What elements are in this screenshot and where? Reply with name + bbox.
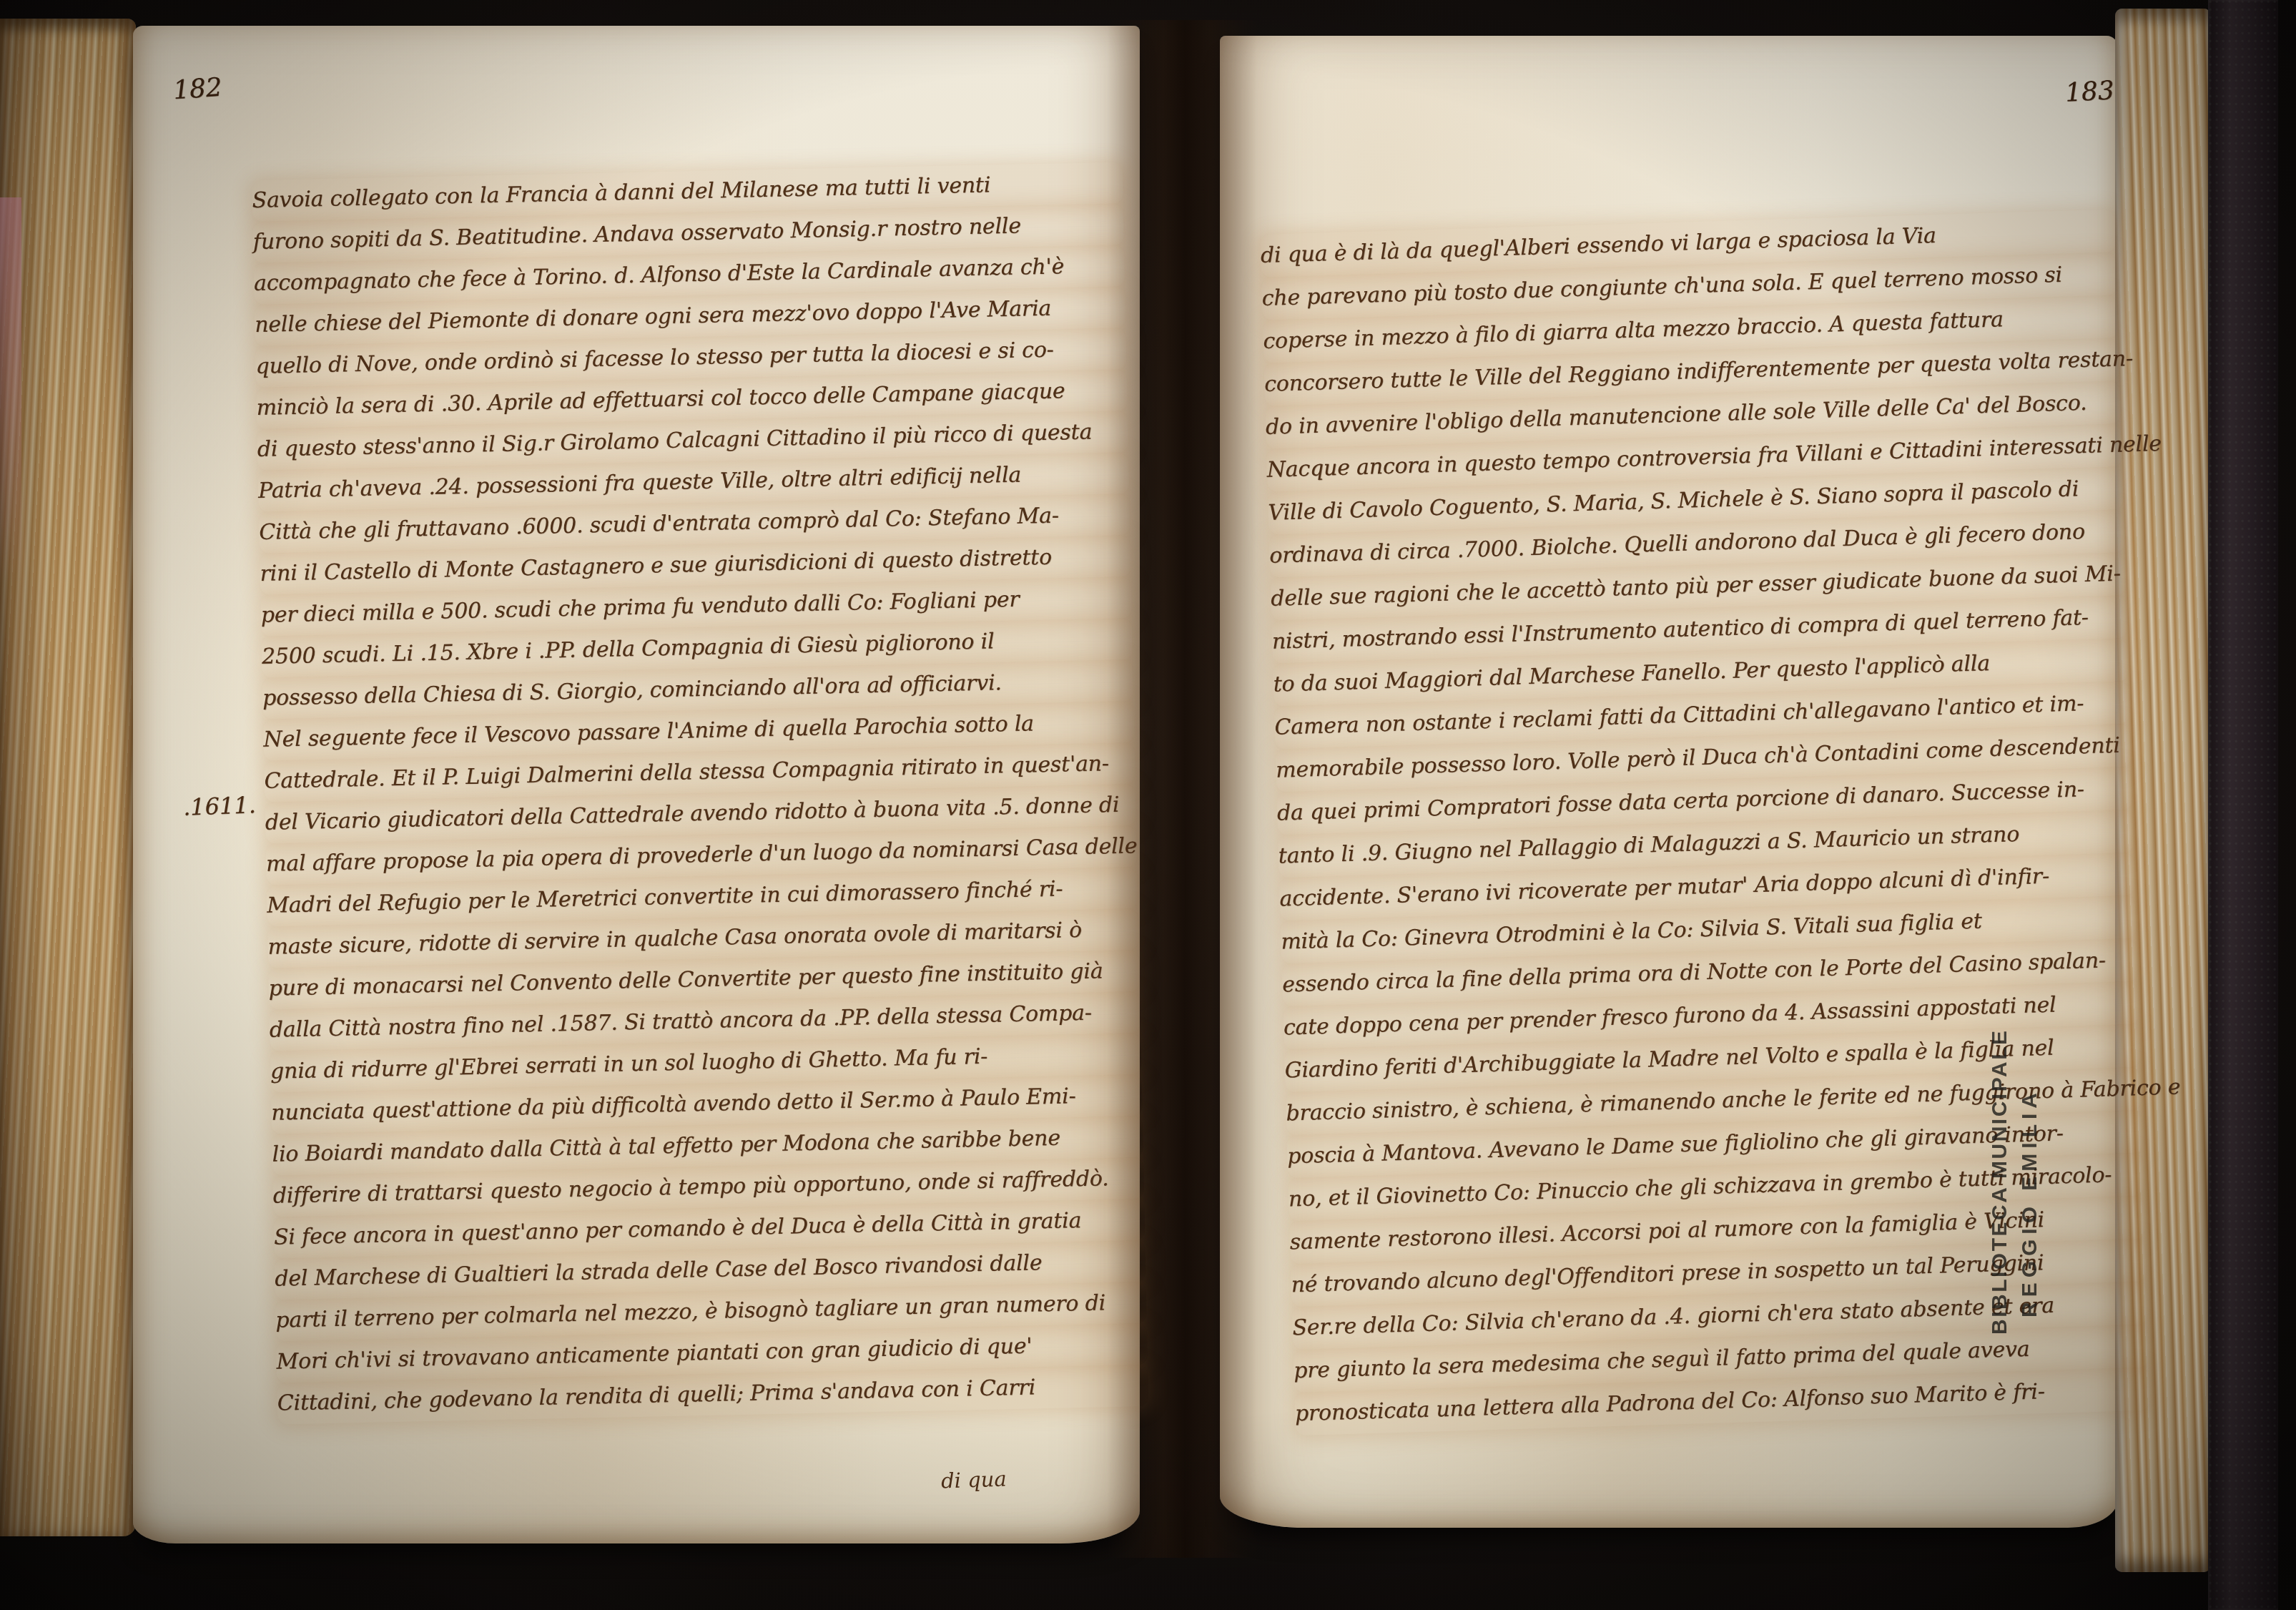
left-page-edges xyxy=(0,19,136,1536)
right-page-number: 183 xyxy=(2064,76,2115,108)
right-page: 183 di qua è di là da quegl'Alberi essen… xyxy=(1220,36,2118,1528)
photo-background: 182 .1611. Savoia collegato con la Franc… xyxy=(0,0,2296,1610)
library-stamp-city: REGGIO EMILIA xyxy=(2018,1063,2042,1317)
leather-cover xyxy=(2208,0,2278,1610)
left-page-number: 182 xyxy=(172,73,223,106)
library-stamp-name: BIBLIOTECA MUNICIPALE xyxy=(1988,1063,2012,1335)
left-page-text: Savoia collegato con la Francia à danni … xyxy=(252,162,1148,1424)
library-stamp: BIBLIOTECA MUNICIPALE REGGIO EMILIA xyxy=(1988,1063,2042,1335)
year-margin-note: .1611. xyxy=(182,791,256,821)
left-page: 182 .1611. Savoia collegato con la Franc… xyxy=(133,26,1140,1543)
catchword: di qua xyxy=(940,1466,1007,1493)
